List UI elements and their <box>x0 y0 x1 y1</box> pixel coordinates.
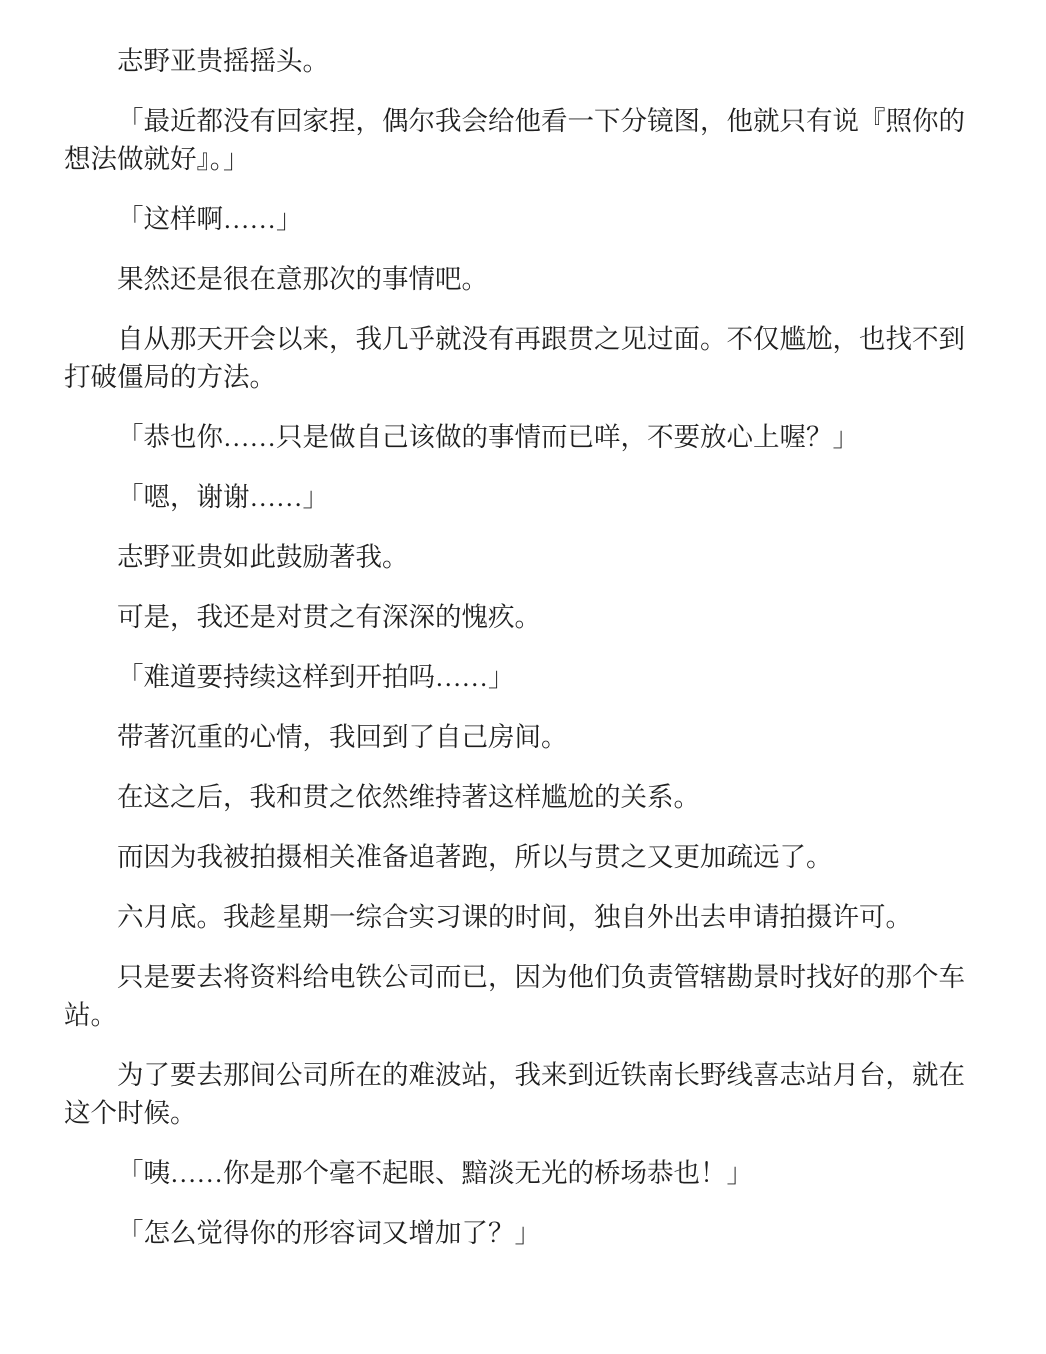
paragraph: 为了要去那间公司所在的难波站，我来到近铁南长野线喜志站月台，就在这个时候。 <box>64 1056 966 1132</box>
paragraph: 只是要去将资料给电铁公司而已，因为他们负责管辖勘景时找好的那个车站。 <box>64 958 966 1034</box>
document-page: 志野亚贵摇摇头。 「最近都没有回家捏，偶尔我会给他看一下分镜图，他就只有说『照你… <box>0 0 1046 1354</box>
novel-text-body: 志野亚贵摇摇头。 「最近都没有回家捏，偶尔我会给他看一下分镜图，他就只有说『照你… <box>64 42 966 1252</box>
paragraph: 「嗯，谢谢……」 <box>64 478 966 516</box>
paragraph: 志野亚贵如此鼓励著我。 <box>64 538 966 576</box>
paragraph: 自从那天开会以来，我几乎就没有再跟贯之见过面。不仅尴尬，也找不到打破僵局的方法。 <box>64 320 966 396</box>
paragraph: 六月底。我趁星期一综合实习课的时间，独自外出去申请拍摄许可。 <box>64 898 966 936</box>
paragraph: 「怎么觉得你的形容词又增加了？」 <box>64 1214 966 1252</box>
paragraph: 「最近都没有回家捏，偶尔我会给他看一下分镜图，他就只有说『照你的想法做就好』。」 <box>64 102 966 178</box>
paragraph: 「恭也你……只是做自己该做的事情而已咩，不要放心上喔？」 <box>64 418 966 456</box>
paragraph: 在这之后，我和贯之依然维持著这样尴尬的关系。 <box>64 778 966 816</box>
paragraph: 而因为我被拍摄相关准备追著跑，所以与贯之又更加疏远了。 <box>64 838 966 876</box>
paragraph: 「难道要持续这样到开拍吗……」 <box>64 658 966 696</box>
paragraph: 「这样啊……」 <box>64 200 966 238</box>
paragraph: 带著沉重的心情，我回到了自己房间。 <box>64 718 966 756</box>
paragraph: 果然还是很在意那次的事情吧。 <box>64 260 966 298</box>
paragraph: 「咦……你是那个毫不起眼、黯淡无光的桥场恭也！」 <box>64 1154 966 1192</box>
paragraph: 志野亚贵摇摇头。 <box>64 42 966 80</box>
paragraph: 可是，我还是对贯之有深深的愧疚。 <box>64 598 966 636</box>
